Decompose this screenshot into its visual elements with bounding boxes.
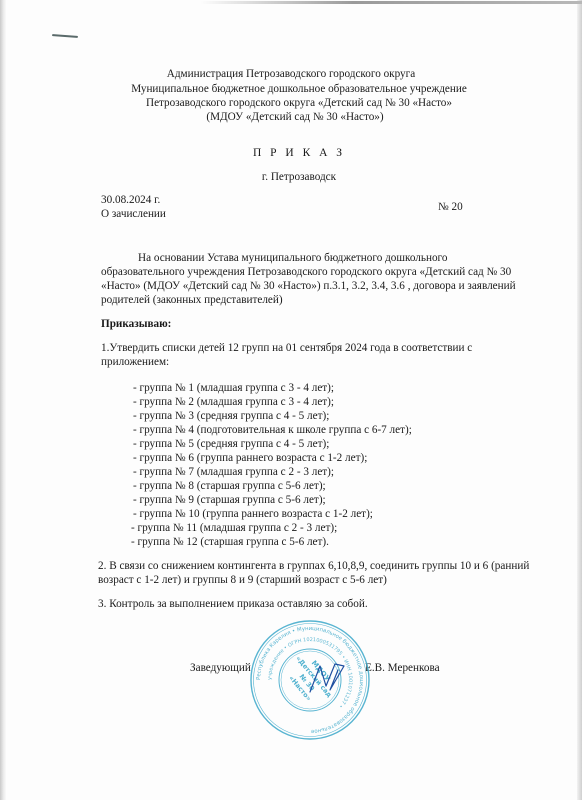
header-line-1: Администрация Петрозаводского городского… — [0, 68, 582, 81]
preamble-line-2: образовательного учреждения Петрозаводск… — [101, 266, 511, 279]
document-page: Администрация Петрозаводского городского… — [0, 0, 582, 800]
document-title: П Р И К А З — [8, 147, 582, 160]
order-word: Приказываю: — [101, 318, 171, 331]
group-item: - группа № 4 (подготовительная к школе г… — [133, 424, 412, 437]
group-item: - группа № 7 (младшая группа с 2 - 3 лет… — [133, 466, 334, 479]
group-item: - группа № 1 (младшая группа с 3 - 4 лет… — [133, 382, 334, 395]
group-item: - группа № 9 (старшая группа с 5-6 лет); — [133, 494, 326, 507]
order-subject: О зачислении — [101, 208, 166, 221]
preamble-line-3: «Насто» (МДОУ «Детский сад № 30 «Насто»)… — [101, 280, 516, 293]
scan-edge-top — [200, 1, 582, 4]
preamble-line-1: На основании Устава муниципального бюдже… — [138, 252, 447, 265]
signature — [308, 660, 348, 696]
item2-line-1: 2. В связи со снижением контингента в гр… — [98, 560, 529, 573]
group-item: - группа № 2 (младшая группа с 3 - 4 лет… — [133, 396, 334, 409]
item1-line-1: 1.Утвердить списки детей 12 групп на 01 … — [101, 342, 472, 355]
item3: 3. Контроль за выполнением приказа остав… — [98, 598, 368, 611]
scan-artifact-mark — [52, 34, 78, 38]
item1-line-2: приложением: — [101, 356, 169, 369]
group-item: - группа № 12 (старшая группа с 5-6 лет)… — [131, 536, 329, 549]
city: г. Петрозаводск — [8, 171, 582, 184]
group-item: - группа № 11 (младшая группа с 2 - 3 ле… — [131, 522, 337, 535]
group-item: - группа № 5 (средняя группа с 4 - 5 лет… — [133, 438, 329, 451]
signoff-position: Заведующий — [190, 662, 251, 675]
header-line-2: Муниципальное бюджетное дошкольное образ… — [8, 83, 582, 96]
group-item: - группа № 10 (группа раннего возраста с… — [133, 508, 373, 521]
group-item: - группа № 3 (средняя группа с 4 - 5 лет… — [133, 410, 329, 423]
item2-line-2: возраст с 1-2 лет) и группы 8 и 9 (старш… — [98, 574, 387, 587]
group-item: - группа № 8 (старшая группа с 5-6 лет); — [133, 480, 326, 493]
signoff-name: Е.В. Меренкова — [365, 662, 440, 675]
order-date: 30.08.2024 г. — [101, 194, 160, 207]
order-number: № 20 — [438, 201, 463, 214]
group-item: - группа № 6 (группа раннего возраста с … — [133, 452, 367, 465]
header-line-3: Петрозаводского городского округа «Детск… — [8, 97, 582, 110]
preamble-line-4: родителей (законных представителей) — [101, 294, 283, 307]
header-line-4: (МДОУ «Детский сад № 30 «Насто») — [4, 111, 582, 124]
